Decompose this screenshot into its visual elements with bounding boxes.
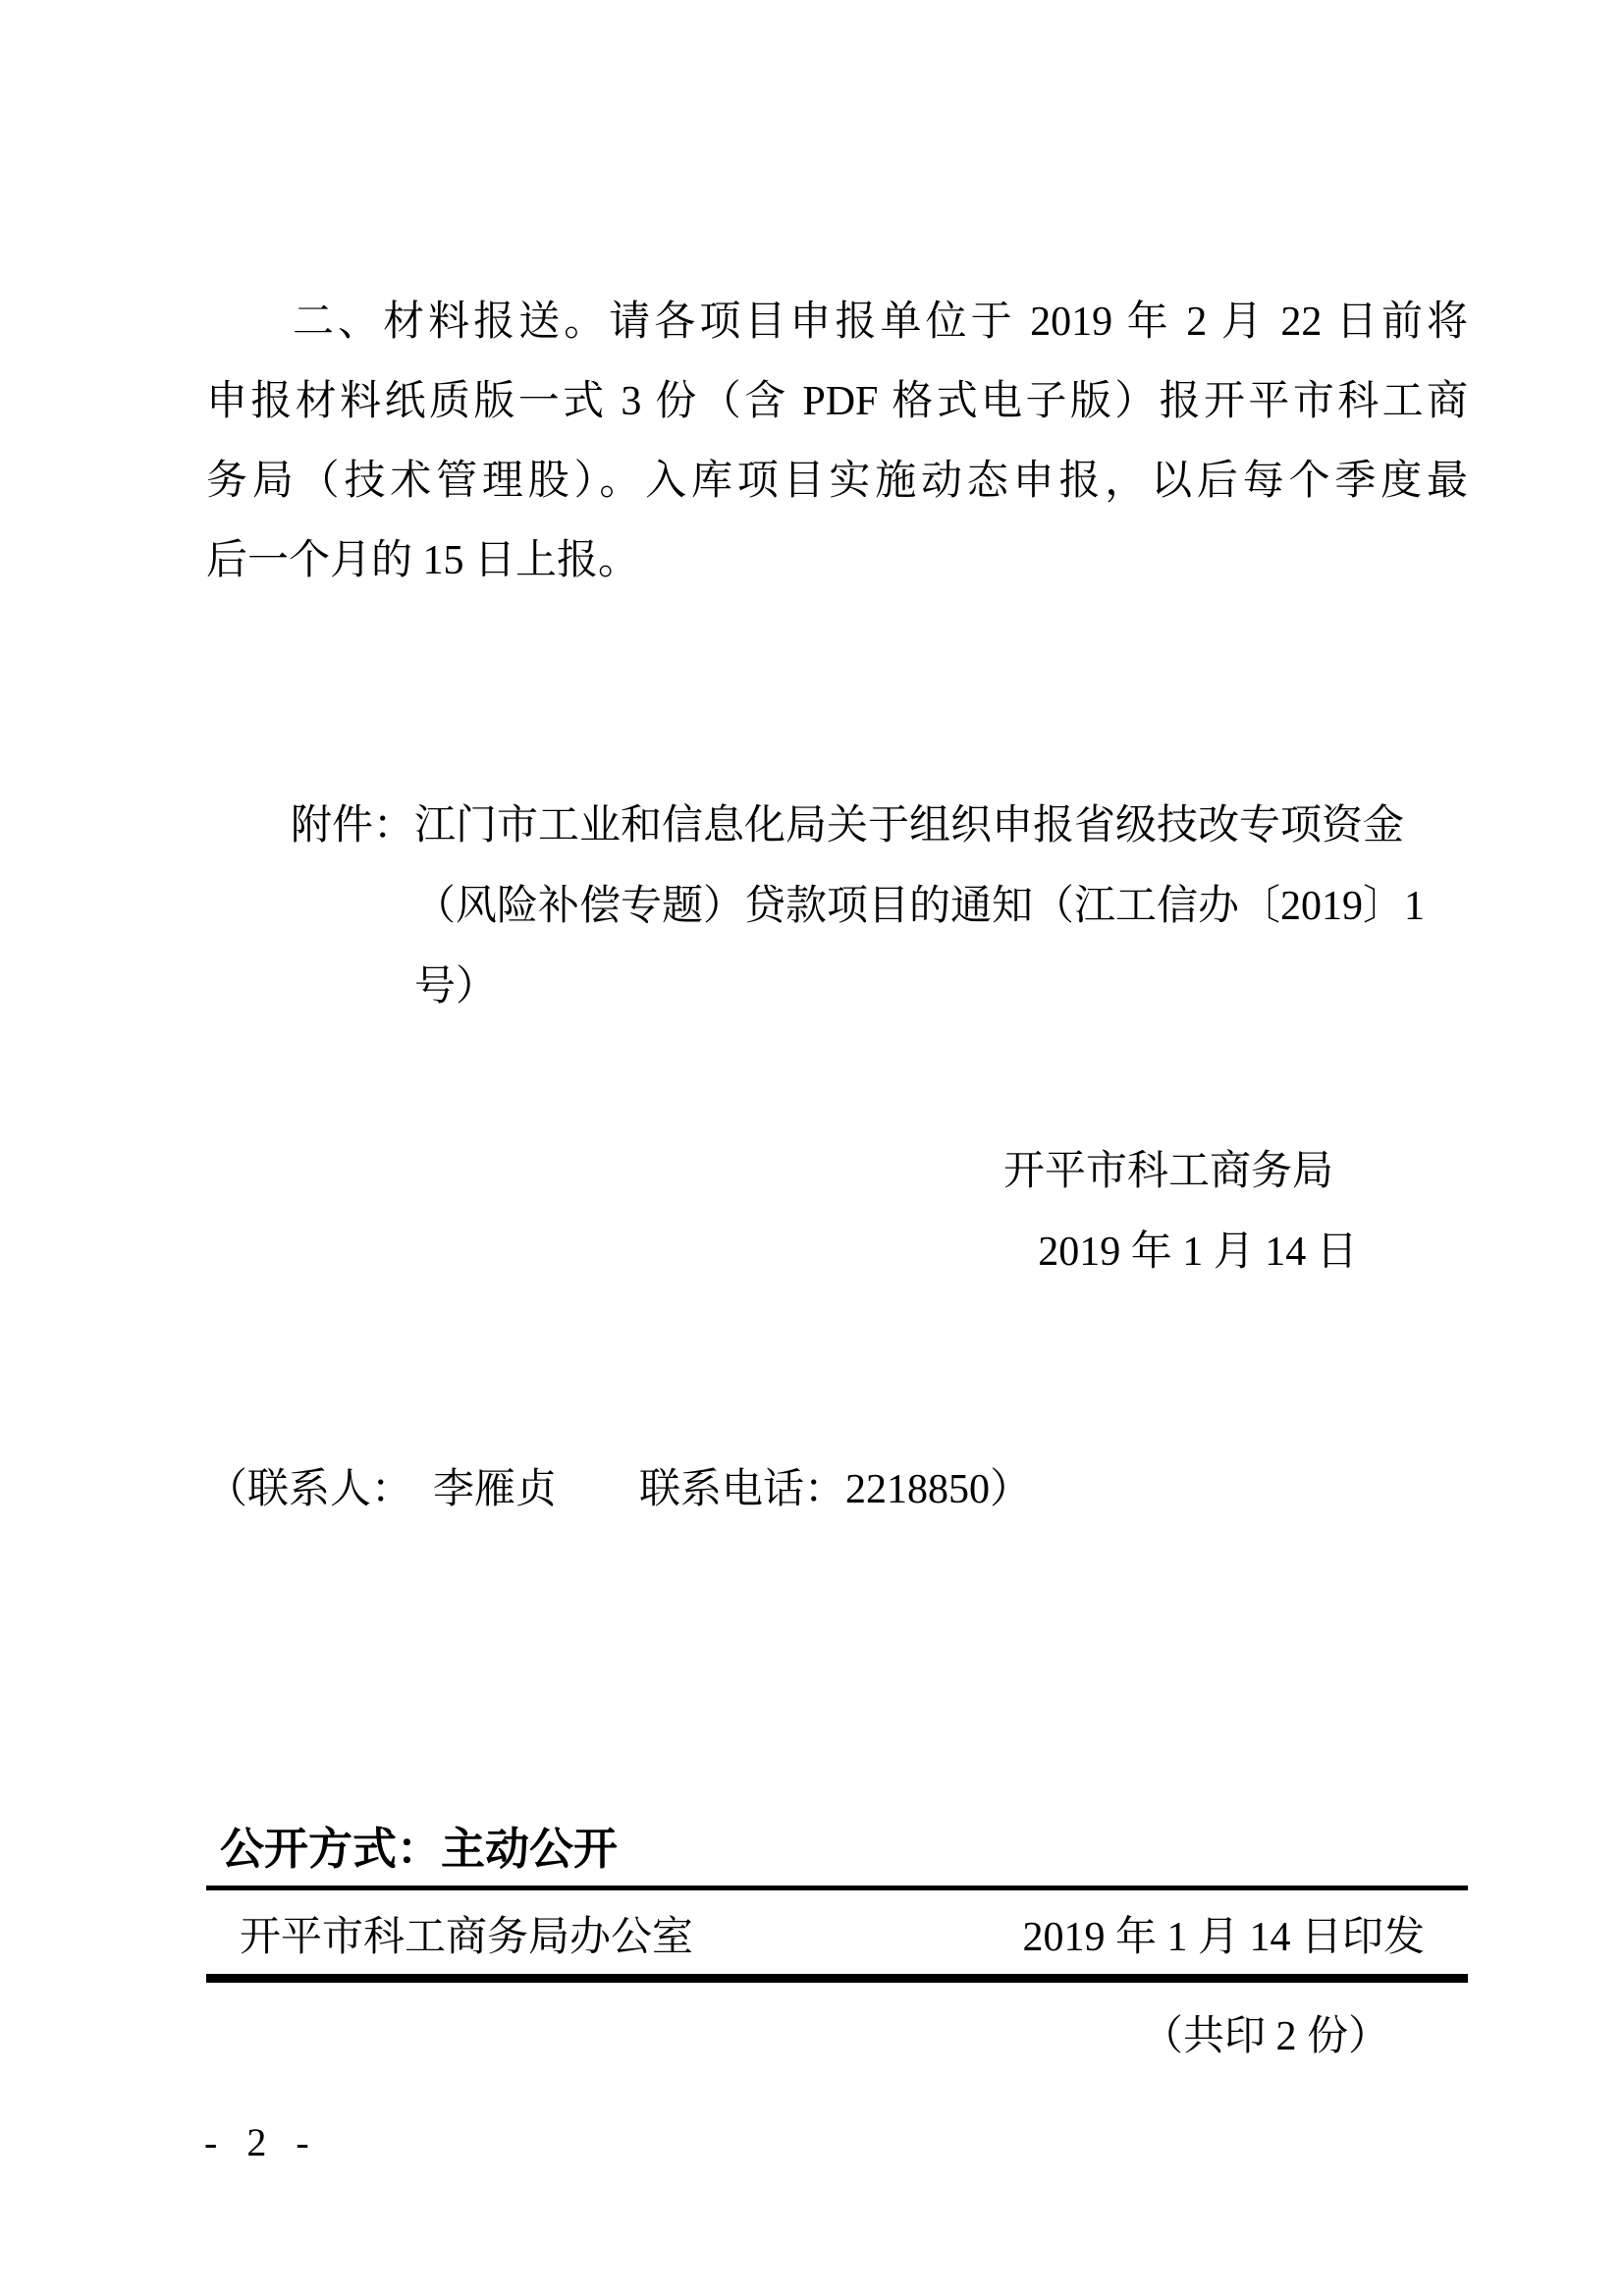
text-line: （风险补偿专题）贷款项目的通知（江工信办〔2019〕1 [414, 866, 1479, 947]
signature-organization: 开平市科工商务局 [913, 1131, 1424, 1212]
text-line: 江门市工业和信息化局关于组织申报省级技改专项资金 [414, 786, 1479, 866]
copies-count: （共印 2 份） [206, 2003, 1468, 2062]
issuing-office: 开平市科工商务局办公室 [206, 1909, 693, 1966]
text-line: 申报材料纸质版一式 3 份（含 PDF 格式电子版）报开平市科工商 [206, 362, 1468, 442]
publicity-method-label: 公开方式：主动公开 [220, 1813, 618, 1877]
footer-divider-thick [206, 1974, 1468, 1983]
footer-issuing-row: 开平市科工商务局办公室 2019 年 1 月 14 日印发 [206, 1909, 1468, 1966]
text-line: 二、材料报送。请各项目申报单位于 2019 年 2 月 22 日前将 [206, 283, 1468, 362]
page-number: - 2 - [204, 2119, 319, 2165]
print-date: 2019 年 1 月 14 日印发 [1022, 1909, 1468, 1966]
attachment-label: 附件： [291, 786, 414, 866]
text-line: 号） [414, 947, 1479, 1027]
signature-date: 2019 年 1 月 14 日 [943, 1212, 1453, 1292]
contact-line: （联系人： 李雁贞 联系电话：2218850） [206, 1465, 1031, 1514]
text-line: 后一个月的 15 日上报。 [206, 521, 1468, 601]
footer-divider-thin [206, 1886, 1468, 1890]
signature-block: 开平市科工商务局 2019 年 1 月 14 日 [913, 1131, 1424, 1292]
attachment-text: 江门市工业和信息化局关于组织申报省级技改专项资金（风险补偿专题）贷款项目的通知（… [414, 786, 1479, 1027]
attachment-block: 附件： 江门市工业和信息化局关于组织申报省级技改专项资金（风险补偿专题）贷款项目… [291, 786, 1479, 1027]
body-paragraph: 二、材料报送。请各项目申报单位于 2019 年 2 月 22 日前将申报材料纸质… [206, 283, 1468, 601]
document-page: 二、材料报送。请各项目申报单位于 2019 年 2 月 22 日前将申报材料纸质… [0, 0, 1623, 2296]
text-line: 务局（技术管理股）。入库项目实施动态申报，以后每个季度最 [206, 442, 1468, 521]
